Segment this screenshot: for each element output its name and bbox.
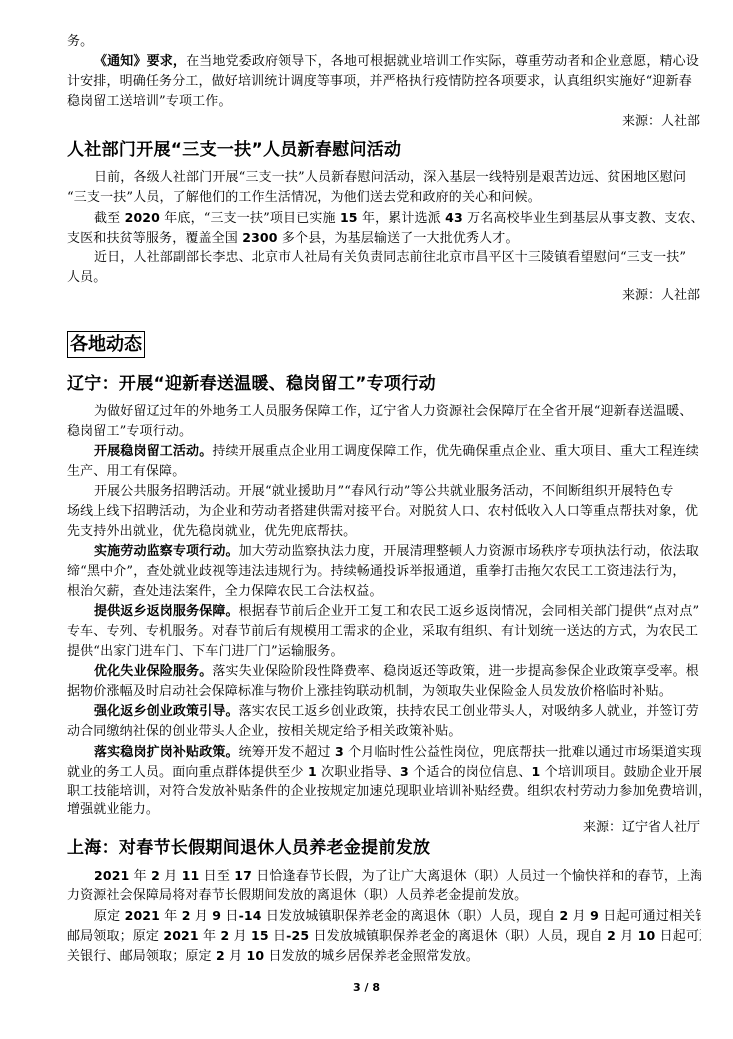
body-text: 在当地党委政府领导下，各地可根据就业培训工作实际，尊重劳动者和企业意愿，精心设 xyxy=(186,54,699,69)
body-text: 月 xyxy=(568,909,590,924)
body-text: 根据春节前后企业开工复工和农民工返乡返岗情况，会同相关部门提供“点对点” xyxy=(239,604,700,619)
body-text: 统筹开发不超过 xyxy=(239,745,335,760)
year-value: 2021 xyxy=(125,908,160,923)
body-text: 就业的务工人员。面向重点群体提供至少 xyxy=(67,765,308,780)
body-line: 根治欠薪，查处违法案件，全力保障农民工合法权益。 xyxy=(67,582,701,602)
measure-line: 开展稳岗留工活动。持续开展重点企业用工调度保障工作，优先确保重点企业、重大项目、… xyxy=(67,442,701,462)
body-line: 专车、专列、专机服务。对春节前后有规模用工需求的企业，采取有组织、有计划统一送达… xyxy=(67,622,701,642)
year-value: 2020 xyxy=(125,210,160,225)
body-text: 月 xyxy=(616,929,638,944)
body-line: 务。 xyxy=(67,32,701,52)
page-number: 3 / 8 xyxy=(0,980,733,996)
jobs-count: 3 xyxy=(400,764,409,779)
day-value: -14 xyxy=(239,908,262,923)
body-line: 近日，人社部副部长李忠、北京市人社局有关负责同志前往北京市昌平区十三陵镇看望慰问… xyxy=(67,248,701,268)
body-text: 年 xyxy=(160,909,182,924)
body-text: 年底，“三支一扶”项目已实施 xyxy=(160,211,340,226)
body-text: 个培训项目。鼓励企业开展 xyxy=(540,765,701,780)
body-line: 职工技能培训，对符合发放补贴条件的企业按规定加速兑现职业培训补贴经费。组织农村劳… xyxy=(67,782,701,802)
source-attribution: 来源：人社部 xyxy=(622,286,700,306)
day-value: 15 xyxy=(251,928,269,943)
body-text: 关银行、邮局领取；原定 xyxy=(67,949,216,964)
body-line: 计安排，明确任务分工，做好培训统计调度等事项，并严格执行疫情防控各项要求，认真组… xyxy=(67,72,701,92)
measure-lead: 落实稳岗扩岗补贴政策。 xyxy=(94,745,239,760)
body-text: 日起可通过相关银行、 xyxy=(599,909,701,924)
body-line: “三支一扶”人员，了解他们的工作生活情况，为他们送去党和政府的关心和问候。 xyxy=(67,188,701,208)
day-value: 10 xyxy=(638,928,656,943)
measure-lead: 提供返乡返岗服务保障。 xyxy=(94,604,239,619)
body-text: 日起可通过相 xyxy=(655,929,701,944)
month-value: 2 xyxy=(607,928,616,943)
body-text: 日发放城镇职保养老金的离退休（职）人员，现自 xyxy=(262,909,560,924)
month-value: 2 xyxy=(216,948,225,963)
day-value: 10 xyxy=(247,948,265,963)
body-line: 稳岗留工送培训”专项工作。 xyxy=(67,92,701,112)
body-text: 年，累计选派 xyxy=(358,211,445,226)
day-value: 9 xyxy=(590,908,599,923)
day-value: -25 xyxy=(286,928,309,943)
month-value: 2 xyxy=(220,928,229,943)
body-text: 月 xyxy=(229,929,251,944)
body-text: 原定 xyxy=(94,909,125,924)
body-line: 增强就业能力。 xyxy=(67,800,701,820)
body-line: 先支持外出就业，优先稳岗就业，优先兜底帮扶。 xyxy=(67,522,701,542)
body-text: 日发放的城乡居保养老金照常发放。 xyxy=(264,949,479,964)
body-text: 个适合的岗位信息、 xyxy=(409,765,532,780)
article-title: 辽宁：开展“迎新春送温暖、稳岗留工”专项行动 xyxy=(67,372,436,396)
measure-lead: 优化失业保险服务。 xyxy=(94,664,212,679)
body-text: 月 xyxy=(225,949,247,964)
body-text: 日 xyxy=(269,929,286,944)
source-attribution: 来源：人社部 xyxy=(622,112,700,132)
year-value: 2021 xyxy=(163,928,198,943)
body-line: 截至 2020 年底，“三支一扶”项目已实施 15 年，累计选派 43 万名高校… xyxy=(67,208,701,229)
months-value: 3 xyxy=(335,744,344,759)
body-line: 原定 2021 年 2 月 9 日-14 日发放城镇职保养老金的离退休（职）人员… xyxy=(67,906,701,927)
body-line: 缔“黑中介”，查处就业歧视等违法违规行为。持续畅通投诉举报通道，重拳打击拖欠农民… xyxy=(67,562,701,582)
notice-paragraph-line: 《通知》要求，在当地党委政府领导下，各地可根据就业培训工作实际，尊重劳动者和企业… xyxy=(67,52,701,72)
body-text: 落实失业保险阶段性降费率、稳岗返还等政策，进一步提高参保企业政策享受率。根 xyxy=(212,664,699,679)
body-text: 支医和扶贫等服务，覆盖全国 xyxy=(67,231,242,246)
measure-lead: 强化返乡创业政策引导。 xyxy=(94,704,239,719)
body-text: 日至 xyxy=(199,869,234,884)
body-line: 据物价涨幅及时启动社会保障标准与物价上涨挂钩联动机制，为领取失业保险金人员发放价… xyxy=(67,682,701,702)
body-text: 落实农民工返乡创业政策，扶持农民工创业带头人，对吸纳多人就业，并签订劳 xyxy=(239,704,699,719)
source-attribution: 来源：辽宁省人社厅 xyxy=(583,818,700,838)
body-text: 月 xyxy=(191,909,213,924)
body-line: 稳岗留工”专项行动。 xyxy=(67,422,701,442)
body-text: 个月临时性公益性岗位，兜底帮扶一批难以通过市场渠道实现 xyxy=(344,745,701,760)
body-line: 力资源社会保障局将对春节长假期间发放的离退休（职）人员养老金提前发放。 xyxy=(67,886,701,906)
body-line: 为做好留辽过年的外地务工人员服务保障工作，辽宁省人力资源社会保障厅在全省开展“迎… xyxy=(67,402,701,422)
measure-line: 强化返乡创业政策引导。落实农民工返乡创业政策，扶持农民工创业带头人，对吸纳多人就… xyxy=(67,702,701,722)
body-line: 支医和扶贫等服务，覆盖全国 2300 多个县，为基层输送了一大批优秀人才。 xyxy=(67,228,701,249)
body-text: 万名高校毕业生到基层从事支教、支农、 xyxy=(463,211,701,226)
body-line: 日前，各级人社部门开展“三支一扶”人员新春慰问活动，深入基层一线特别是艰苦边远、… xyxy=(67,168,701,188)
document-page: 务。 《通知》要求，在当地党委政府领导下，各地可根据就业培训工作实际，尊重劳动者… xyxy=(0,0,733,1039)
body-text: 次职业指导、 xyxy=(317,765,400,780)
body-line: 动合同缴纳社保的创业带头人企业，按相关规定给予相关政策补贴。 xyxy=(67,722,701,742)
measure-line: 落实稳岗扩岗补贴政策。统筹开发不超过 3 个月临时性公益性岗位，兜底帮扶一批难以… xyxy=(67,742,701,763)
body-text: 日发放城镇职保养老金的离退休（职）人员，现自 xyxy=(309,929,607,944)
body-text: 截至 xyxy=(94,211,125,226)
body-line: 2021 年 2 月 11 日至 17 日恰逢春节长假，为了让广大离退休（职）人… xyxy=(67,866,701,887)
body-line: 邮局领取；原定 2021 年 2 月 15 日-25 日发放城镇职保养老金的离退… xyxy=(67,926,701,947)
guidance-count: 1 xyxy=(308,764,317,779)
measure-lead: 实施劳动监察专项行动。 xyxy=(94,544,239,559)
body-line: 提供“出家门进车门、下车门进厂门”运输服务。 xyxy=(67,642,701,662)
body-text: 加大劳动监察执法力度，开展清理整顿人力资源市场秩序专项执法行动，依法取 xyxy=(239,544,699,559)
body-line: 关银行、邮局领取；原定 2 月 10 日发放的城乡居保养老金照常发放。 xyxy=(67,946,701,967)
notice-lead: 《通知》要求， xyxy=(94,54,186,69)
counties-count: 2300 xyxy=(242,230,277,245)
body-line: 场线上线下招聘活动，为企业和劳动者搭建供需对接平台。对脱贫人口、农村低收入人口等… xyxy=(67,502,701,522)
graduates-count: 43 xyxy=(445,210,463,225)
article-title: 人社部门开展“三支一扶”人员新春慰问活动 xyxy=(67,138,401,162)
day-value: 17 xyxy=(234,868,252,883)
body-text: 多个县，为基层输送了一大批优秀人才。 xyxy=(278,231,519,246)
body-text: 年 xyxy=(199,929,221,944)
body-text: 邮局领取；原定 xyxy=(67,929,163,944)
body-text: 年 xyxy=(129,869,151,884)
day-value: 11 xyxy=(182,868,200,883)
month-value: 2 xyxy=(151,868,160,883)
body-line: 生产、用工有保障。 xyxy=(67,462,701,482)
body-line: 人员。 xyxy=(67,268,701,288)
body-text: 日恰逢春节长假，为了让广大离退休（职）人员过一个愉快祥和的春节，上海市人 xyxy=(252,869,701,884)
month-value: 2 xyxy=(182,908,191,923)
body-text: 日 xyxy=(221,909,238,924)
measure-lead: 开展稳岗留工活动。 xyxy=(94,444,212,459)
section-heading: 各地动态 xyxy=(67,331,145,358)
measure-line: 提供返乡返岗服务保障。根据春节前后企业开工复工和农民工返乡返岗情况，会同相关部门… xyxy=(67,602,701,622)
measure-line: 开展公共服务招聘活动。开展“就业援助月”“春风行动”等公共就业服务活动，不间断组… xyxy=(67,482,701,502)
body-text: 月 xyxy=(160,869,182,884)
body-text: 持续开展重点企业用工调度保障工作，优先确保重点企业、重大项目、重大工程连续 xyxy=(212,444,699,459)
year-value: 2021 xyxy=(94,868,129,883)
body-line: 就业的务工人员。面向重点群体提供至少 1 次职业指导、3 个适合的岗位信息、1 … xyxy=(67,762,701,783)
years-value: 15 xyxy=(340,210,358,225)
body-text: 开展公共服务招聘活动。开展“就业援助月”“春风行动”等公共就业服务活动，不间断组… xyxy=(94,484,673,499)
day-value: 9 xyxy=(212,908,221,923)
measure-line: 优化失业保险服务。落实失业保险阶段性降费率、稳岗返还等政策，进一步提高参保企业政… xyxy=(67,662,701,682)
measure-line: 实施劳动监察专项行动。加大劳动监察执法力度，开展清理整顿人力资源市场秩序专项执法… xyxy=(67,542,701,562)
article-title: 上海：对春节长假期间退休人员养老金提前发放 xyxy=(67,836,430,860)
